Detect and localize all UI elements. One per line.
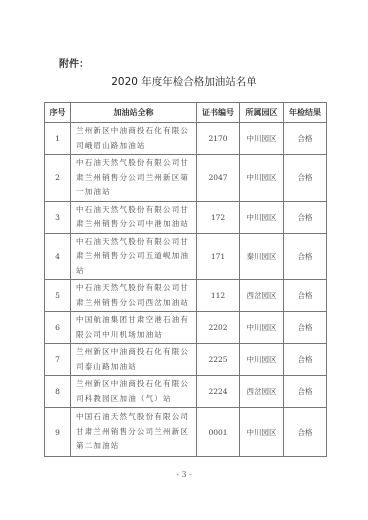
cell-no: 2 (45, 155, 71, 202)
cell-no: 1 (45, 123, 71, 155)
cell-no: 7 (45, 344, 71, 376)
document-title: 2020 年度年检合格加油站名单 (0, 74, 368, 89)
cell-name: 中国石油天然气股份有限公司甘肃兰州销售分公司兰州新区第二加油站 (71, 408, 197, 457)
table-row: 7 兰州新区中油商投石化有限公司泰山路加油站 2225 中川园区 合格 (45, 344, 327, 376)
cell-name: 中石油天然气股份有限公司甘肃兰州销售分公司西岔加油站 (71, 280, 197, 312)
cell-name: 中国航油集团甘肃空港石油有限公司中川机场加油站 (71, 312, 197, 344)
cell-park: 秦川园区 (240, 233, 284, 280)
table-row: 4 中石油天然气股份有限公司甘肃兰州销售分公司五道岘加油站 171 秦川园区 合… (45, 233, 327, 280)
cell-name: 中石油天然气股份有限公司甘肃兰州销售分公司中港加油站 (71, 201, 197, 233)
cell-cert: 2047 (197, 155, 240, 202)
header-result: 年检结果 (284, 103, 327, 123)
header-park: 所属园区 (240, 103, 284, 123)
header-no: 序号 (45, 103, 71, 123)
table-row: 8 兰州新区中油商投石化有限公司科教园区加油（气）站 2224 西岔园区 合格 (45, 376, 327, 408)
cell-no: 6 (45, 312, 71, 344)
cell-result: 合格 (284, 376, 327, 408)
cell-name: 兰州新区中油商投石化有限公司泰山路加油站 (71, 344, 197, 376)
cell-result: 合格 (284, 280, 327, 312)
cell-park: 中川园区 (240, 155, 284, 202)
cell-cert: 112 (197, 280, 240, 312)
cell-cert: 2225 (197, 344, 240, 376)
table-row: 3 中石油天然气股份有限公司甘肃兰州销售分公司中港加油站 172 中川园区 合格 (45, 201, 327, 233)
cell-park: 中川园区 (240, 123, 284, 155)
cell-park: 中川园区 (240, 201, 284, 233)
table-row: 9 中国石油天然气股份有限公司甘肃兰州销售分公司兰州新区第二加油站 0001 中… (45, 408, 327, 457)
cell-park: 中川园区 (240, 312, 284, 344)
cell-result: 合格 (284, 408, 327, 457)
header-cert: 证书编号 (197, 103, 240, 123)
cell-cert: 171 (197, 233, 240, 280)
cell-no: 9 (45, 408, 71, 457)
cell-park: 西岔园区 (240, 376, 284, 408)
table-row: 1 兰州新区中油商投石化有限公司峨眉山路加油站 2170 中川园区 合格 (45, 123, 327, 155)
table-row: 2 中石油天然气股份有限公司甘肃兰州销售分公司兰州新区第一加油站 2047 中川… (45, 155, 327, 202)
page-number: - 3 - (0, 470, 368, 479)
cell-park: 中川园区 (240, 408, 284, 457)
table-row: 6 中国航油集团甘肃空港石油有限公司中川机场加油站 2202 中川园区 合格 (45, 312, 327, 344)
cell-result: 合格 (284, 201, 327, 233)
cell-result: 合格 (284, 233, 327, 280)
cell-cert: 2170 (197, 123, 240, 155)
cell-park: 西岔园区 (240, 280, 284, 312)
cell-name: 兰州新区中油商投石化有限公司峨眉山路加油站 (71, 123, 197, 155)
cell-name: 中石油天然气股份有限公司甘肃兰州销售分公司兰州新区第一加油站 (71, 155, 197, 202)
cell-no: 4 (45, 233, 71, 280)
header-name: 加油站全称 (71, 103, 197, 123)
cell-result: 合格 (284, 312, 327, 344)
cell-cert: 172 (197, 201, 240, 233)
cell-name: 兰州新区中油商投石化有限公司科教园区加油（气）站 (71, 376, 197, 408)
cell-cert: 0001 (197, 408, 240, 457)
table-row: 5 中石油天然气股份有限公司甘肃兰州销售分公司西岔加油站 112 西岔园区 合格 (45, 280, 327, 312)
cell-cert: 2224 (197, 376, 240, 408)
station-table: 序号 加油站全称 证书编号 所属园区 年检结果 1 兰州新区中油商投石化有限公司… (44, 102, 327, 457)
cell-name: 中石油天然气股份有限公司甘肃兰州销售分公司五道岘加油站 (71, 233, 197, 280)
attachment-label: 附件： (59, 55, 89, 70)
cell-result: 合格 (284, 344, 327, 376)
cell-result: 合格 (284, 123, 327, 155)
cell-cert: 2202 (197, 312, 240, 344)
cell-no: 8 (45, 376, 71, 408)
table-header-row: 序号 加油站全称 证书编号 所属园区 年检结果 (45, 103, 327, 123)
cell-no: 5 (45, 280, 71, 312)
cell-park: 中川园区 (240, 344, 284, 376)
cell-result: 合格 (284, 155, 327, 202)
cell-no: 3 (45, 201, 71, 233)
